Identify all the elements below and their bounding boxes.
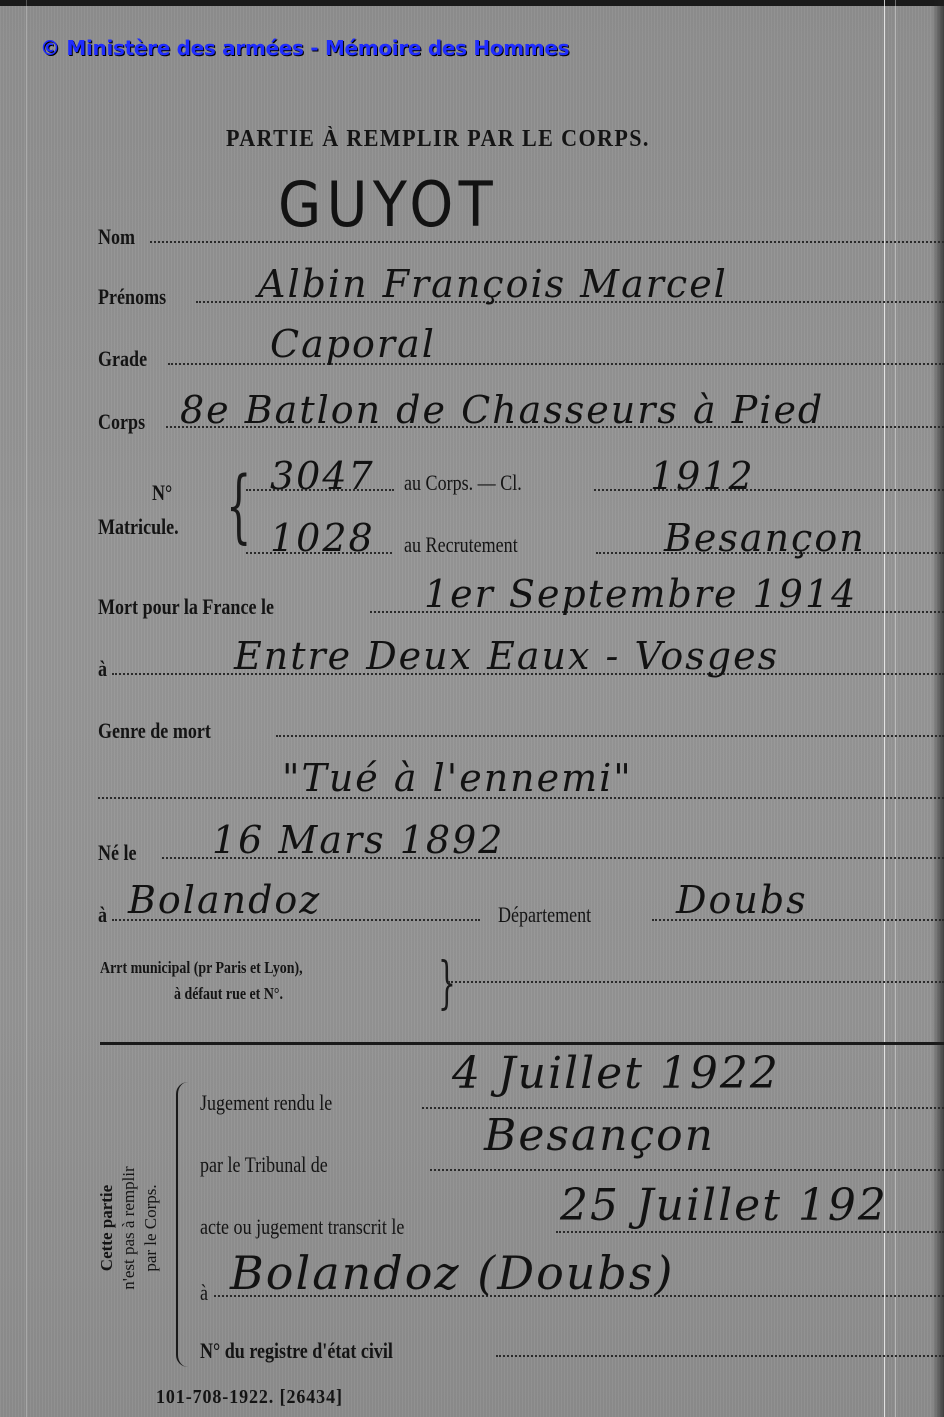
nom-line xyxy=(150,241,944,243)
prenoms-label: Prénoms xyxy=(98,284,166,310)
matricule-label: Matricule. xyxy=(98,514,179,540)
matricule-brace: { xyxy=(226,466,251,546)
scan-artifact-line xyxy=(895,0,896,1417)
transcrit-value: 25 Juillet 192 xyxy=(560,1180,888,1231)
prenoms-value: Albin François Marcel xyxy=(258,262,728,306)
scan-top-edge xyxy=(0,0,944,6)
section-divider xyxy=(100,1042,944,1045)
side-note: Cette partie n'est pas à remplir par le … xyxy=(96,1128,162,1328)
transcrit-label: acte ou jugement transcrit le xyxy=(200,1214,404,1240)
registre-line xyxy=(496,1355,944,1357)
transcrit-lieu-value: Bolandoz (Doubs) xyxy=(230,1246,674,1300)
naissance-date-label: Né le xyxy=(98,840,137,866)
side-note-line1: Cette partie xyxy=(96,1128,118,1328)
registre-label: N° du registre d'état civil xyxy=(200,1338,393,1364)
jugement-line xyxy=(422,1107,944,1109)
arrondissement-line xyxy=(448,981,944,983)
side-note-line3: par le Corps. xyxy=(140,1128,162,1328)
nom-value: GUYOT xyxy=(278,168,498,241)
grade-value: Caporal xyxy=(270,322,436,366)
side-note-line2: n'est pas à remplir xyxy=(118,1128,140,1328)
scan-artifact-line xyxy=(26,0,27,1417)
form-reference-code: 101-708-1922. [26434] xyxy=(156,1386,343,1409)
form-title: PARTIE À REMPLIR PAR LE CORPS. xyxy=(226,126,650,153)
corps-label: Corps xyxy=(98,409,145,435)
document-scan: © Ministère des armées - Mémoire des Hom… xyxy=(0,0,944,1417)
arrondissement-label-line2: à défaut rue et N°. xyxy=(174,984,283,1004)
recrutement-label: au Recrutement xyxy=(404,532,518,558)
corps-number-value: 3047 xyxy=(270,454,375,498)
transcrit-lieu-label: à xyxy=(200,1280,208,1306)
classe-line xyxy=(594,489,944,491)
tribunal-line xyxy=(430,1169,944,1171)
jugement-label: Jugement rendu le xyxy=(200,1090,332,1116)
no-label: N° xyxy=(152,480,172,506)
genre-mort-label: Genre de mort xyxy=(98,718,211,744)
transcrit-line xyxy=(556,1231,944,1233)
scan-right-edge xyxy=(932,0,944,1417)
mort-date-value: 1er Septembre 1914 xyxy=(424,572,857,616)
classe-value: 1912 xyxy=(650,454,755,498)
genre-mort-value: "Tué à l'ennemi" xyxy=(282,756,633,800)
naissance-date-value: 16 Mars 1892 xyxy=(212,818,504,862)
recrutement-number-value: 1028 xyxy=(270,516,375,560)
arrondissement-brace: } xyxy=(438,956,456,1012)
corps-number-label: au Corps. — Cl. xyxy=(404,470,522,496)
departement-value: Doubs xyxy=(676,878,808,922)
copyright-watermark: © Ministère des armées - Mémoire des Hom… xyxy=(40,36,569,60)
departement-label: Département xyxy=(498,902,591,928)
mort-date-label: Mort pour la France le xyxy=(98,594,274,620)
recrutement-place-value: Besançon xyxy=(664,516,866,560)
jugement-value: 4 Juillet 1922 xyxy=(452,1048,780,1099)
arrondissement-label-line1: Arrt municipal (pr Paris et Lyon), xyxy=(100,958,303,978)
corps-value: 8e Batlon de Chasseurs à Pied xyxy=(180,388,824,432)
nom-label: Nom xyxy=(98,224,135,250)
mort-lieu-value: Entre Deux Eaux - Vosges xyxy=(234,634,779,678)
genre-mort-line xyxy=(276,735,944,737)
tribunal-value: Besançon xyxy=(484,1110,715,1161)
tribunal-label: par le Tribunal de xyxy=(200,1152,328,1178)
side-bracket xyxy=(176,1082,188,1367)
naissance-lieu-value: Bolandoz xyxy=(128,878,321,922)
mort-lieu-label: à xyxy=(98,656,107,682)
grade-label: Grade xyxy=(98,346,147,372)
naissance-lieu-label: à xyxy=(98,902,107,928)
